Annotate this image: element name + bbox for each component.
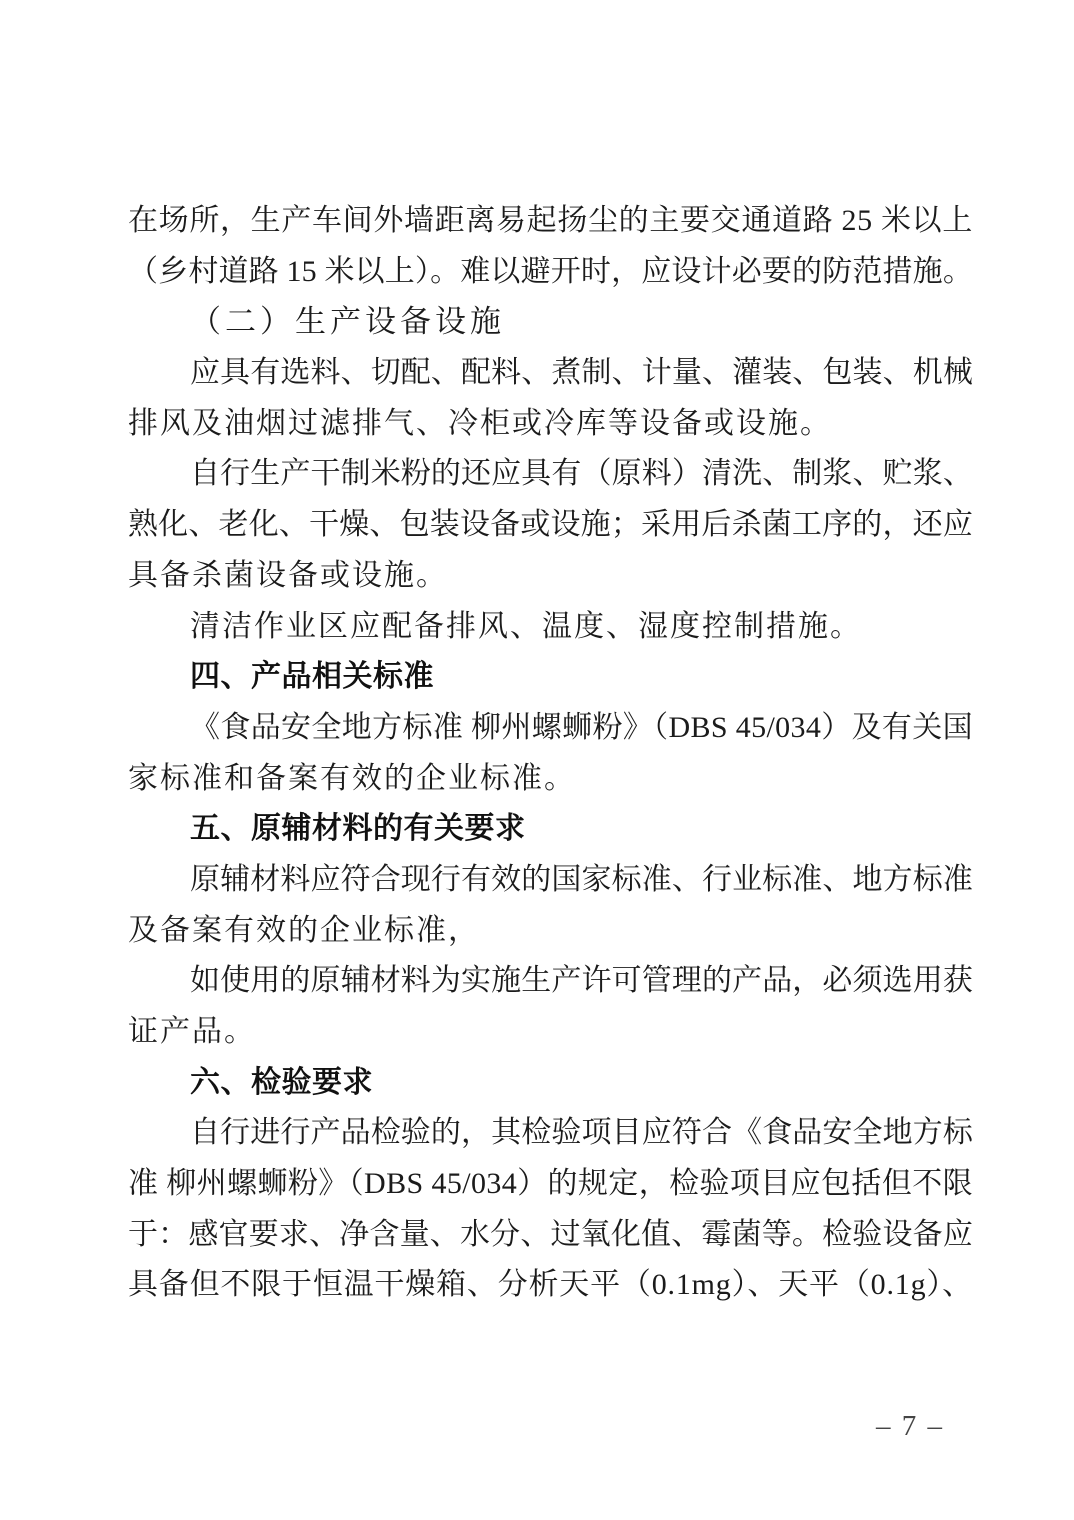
- body-line-1: 在场所，生产车间外墙距离易起扬尘的主要交通道路 25 米以上: [128, 196, 973, 247]
- body-line-21-text: 于：感官要求、净含量、水分、过氧化值、霉菌等。检验设备应: [128, 1218, 973, 1251]
- body-line-16-text: 如使用的原辅材料为实施生产许可管理的产品，必须选用获: [190, 964, 973, 997]
- body-line-6-text: 自行生产干制米粉的还应具有（原料）清洗、制浆、贮浆、: [190, 457, 973, 490]
- body-line-11-text: 《食品安全地方标准 柳州螺蛳粉》（DBS 45/034）及有关国: [190, 711, 973, 744]
- section-heading-4-text: 四、产品相关标准: [190, 660, 434, 693]
- body-line-12-text: 家标准和备案有效的企业标准。: [128, 762, 576, 795]
- body-line-1-text: 在场所，生产车间外墙距离易起扬尘的主要交通道路 25 米以上: [128, 204, 973, 237]
- body-line-5: 排风及油烟过滤排气、冷柜或冷库等设备或设施。: [128, 399, 973, 450]
- section-heading-5-text: 五、原辅材料的有关要求: [190, 812, 526, 845]
- body-line-14-text: 原辅材料应符合现行有效的国家标准、行业标准、地方标准: [190, 863, 973, 896]
- body-line-4-text: 应具有选料、切配、配料、煮制、计量、灌装、包装、机械: [190, 356, 973, 389]
- body-line-17: 证产品。: [128, 1007, 973, 1058]
- body-line-7: 熟化、老化、干燥、包装设备或设施；采用后杀菌工序的，还应: [128, 500, 973, 551]
- body-line-4: 应具有选料、切配、配料、煮制、计量、灌装、包装、机械: [128, 348, 973, 399]
- body-line-20-text: 准 柳州螺蛳粉》（DBS 45/034）的规定，检验项目应包括但不限: [128, 1167, 973, 1200]
- body-line-8-text: 具备杀菌设备或设施。: [128, 559, 448, 592]
- body-line-22-text: 具备但不限于恒温干燥箱、分析天平（0.1mg）、天平（0.1g）、: [128, 1268, 973, 1301]
- subsection-heading-equipment-text: （二）生产设备设施: [190, 304, 505, 339]
- body-line-15: 及备案有效的企业标准，: [128, 906, 973, 957]
- body-line-16: 如使用的原辅材料为实施生产许可管理的产品，必须选用获: [128, 956, 973, 1007]
- body-line-11: 《食品安全地方标准 柳州螺蛳粉》（DBS 45/034）及有关国: [128, 703, 973, 754]
- body-line-19-text: 自行进行产品检验的，其检验项目应符合《食品安全地方标: [190, 1116, 973, 1149]
- body-line-17-text: 证产品。: [128, 1015, 256, 1048]
- section-heading-6-text: 六、检验要求: [190, 1066, 373, 1099]
- body-line-22: 具备但不限于恒温干燥箱、分析天平（0.1mg）、天平（0.1g）、: [128, 1260, 973, 1311]
- subsection-heading-equipment: （二）生产设备设施: [128, 297, 973, 348]
- document-body: 在场所，生产车间外墙距离易起扬尘的主要交通道路 25 米以上（乡村道路 15 米…: [128, 196, 973, 1311]
- body-line-12: 家标准和备案有效的企业标准。: [128, 754, 973, 805]
- body-line-19: 自行进行产品检验的，其检验项目应符合《食品安全地方标: [128, 1108, 973, 1159]
- body-line-8: 具备杀菌设备或设施。: [128, 551, 973, 602]
- body-line-15-text: 及备案有效的企业标准，: [128, 914, 480, 947]
- body-line-7-text: 熟化、老化、干燥、包装设备或设施；采用后杀菌工序的，还应: [128, 508, 973, 541]
- body-line-6: 自行生产干制米粉的还应具有（原料）清洗、制浆、贮浆、: [128, 449, 973, 500]
- document-page: 在场所，生产车间外墙距离易起扬尘的主要交通道路 25 米以上（乡村道路 15 米…: [0, 0, 1074, 1520]
- section-heading-4: 四、产品相关标准: [128, 652, 973, 703]
- body-line-9-text: 清洁作业区应配备排风、温度、湿度控制措施。: [190, 610, 862, 643]
- body-line-20: 准 柳州螺蛳粉》（DBS 45/034）的规定，检验项目应包括但不限: [128, 1159, 973, 1210]
- body-line-14: 原辅材料应符合现行有效的国家标准、行业标准、地方标准: [128, 855, 973, 906]
- page-number: – 7 –: [845, 1406, 975, 1446]
- body-line-21: 于：感官要求、净含量、水分、过氧化值、霉菌等。检验设备应: [128, 1210, 973, 1261]
- body-line-5-text: 排风及油烟过滤排气、冷柜或冷库等设备或设施。: [128, 407, 832, 440]
- body-line-9: 清洁作业区应配备排风、温度、湿度控制措施。: [128, 602, 973, 653]
- section-heading-5: 五、原辅材料的有关要求: [128, 804, 973, 855]
- body-line-2-text: （乡村道路 15 米以上）。难以避开时，应设计必要的防范措施。: [128, 255, 973, 288]
- body-line-2: （乡村道路 15 米以上）。难以避开时，应设计必要的防范措施。: [128, 247, 973, 298]
- section-heading-6: 六、检验要求: [128, 1058, 973, 1109]
